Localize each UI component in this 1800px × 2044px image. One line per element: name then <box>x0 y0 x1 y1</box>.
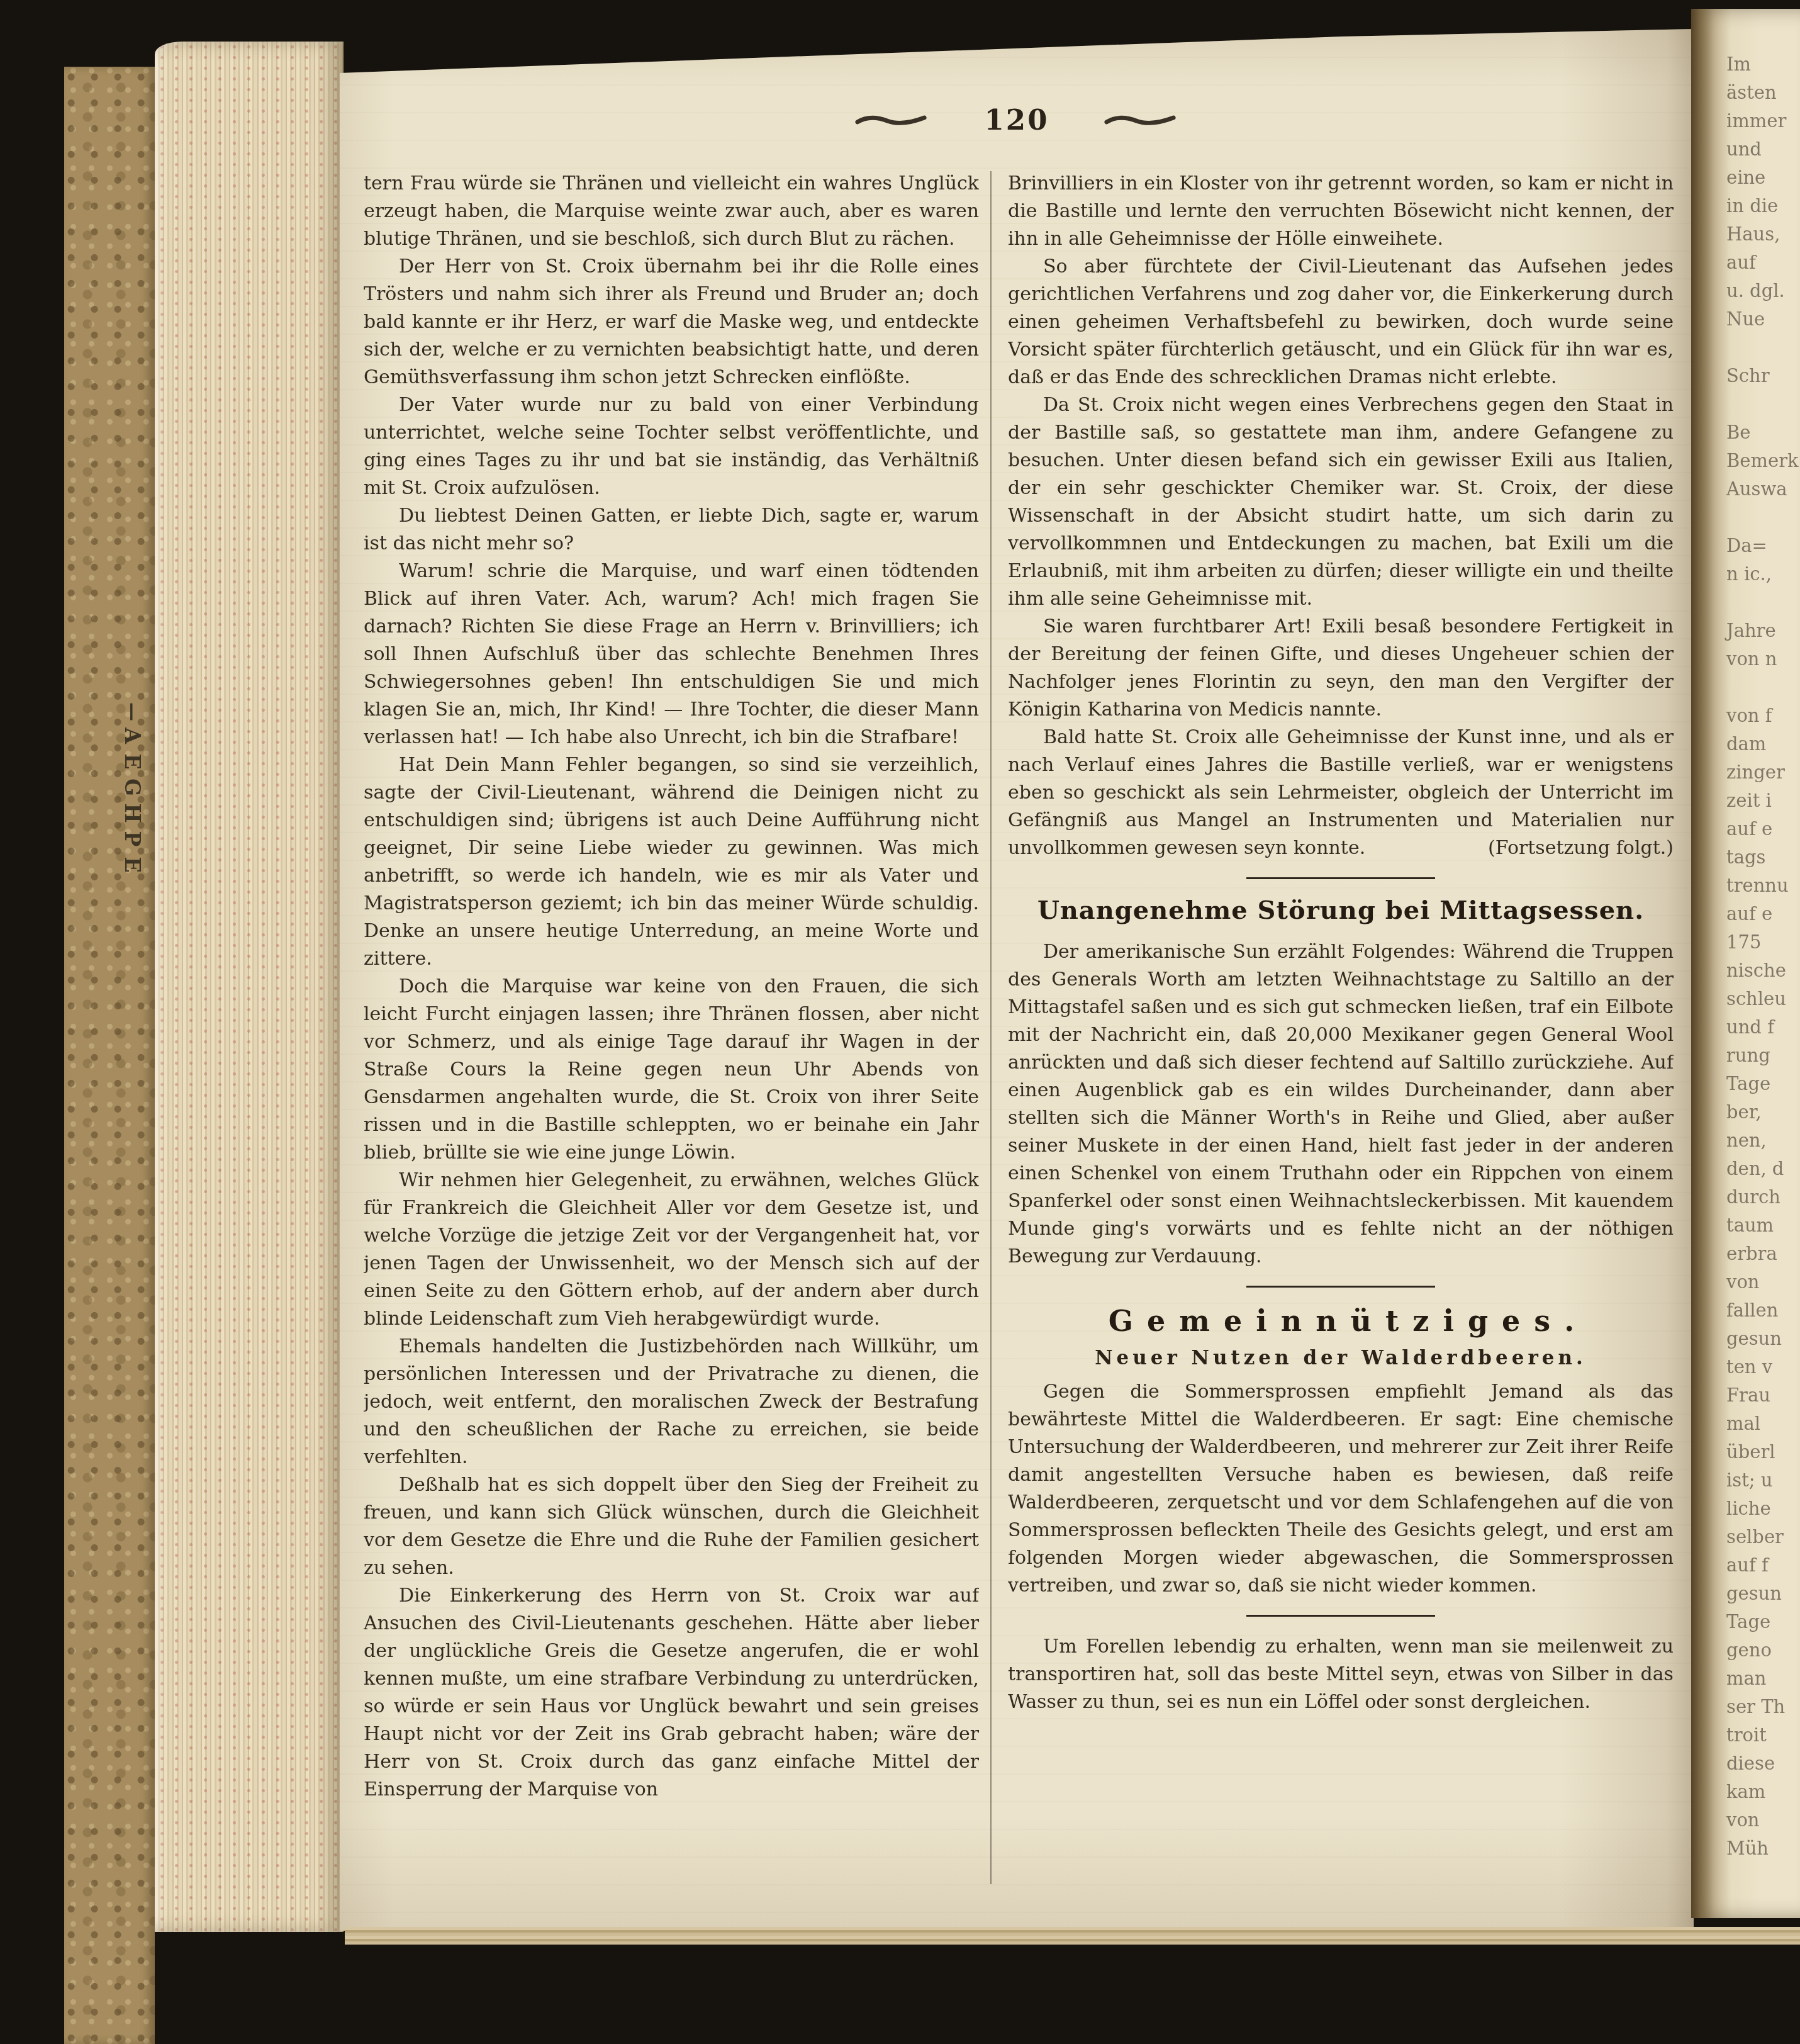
fragment-line: man <box>1726 1665 1800 1693</box>
fragment-line: Im <box>1726 50 1800 79</box>
fore-edge-letters-list: AEGHPE <box>122 724 142 876</box>
fragment-line: und f <box>1726 1013 1800 1042</box>
section-divider <box>1246 1286 1435 1288</box>
fragment-line <box>1726 673 1800 702</box>
fragment-line: von <box>1726 1268 1800 1296</box>
fore-edge-letter: H <box>121 803 143 823</box>
fragment-line: Jahre <box>1726 617 1800 645</box>
left-column: tern Frau würde sie Thränen und vielleic… <box>364 170 979 1913</box>
fore-edge-mark: — <box>123 702 142 721</box>
paragraph: Hat Dein Mann Fehler begangen, so sind s… <box>364 751 979 973</box>
fragment-line: in die <box>1726 192 1800 220</box>
fore-edge-letter: E <box>121 753 143 769</box>
section1-paragraphs: Der amerikanische Sun erzählt Folgendes:… <box>1008 938 1674 1271</box>
fragment-line: ist; u <box>1726 1466 1800 1495</box>
continuation-note: (Fortsetzung folgt.) <box>1440 834 1674 862</box>
paragraph: Die Einkerkerung des Herrn von St. Croix… <box>364 1582 979 1804</box>
fore-edge-letter: G <box>121 778 143 796</box>
left-column-paragraphs: tern Frau würde sie Thränen und vielleic… <box>364 170 979 1804</box>
page-bottom-edge <box>345 1927 1800 1945</box>
paragraph: tern Frau würde sie Thränen und vielleic… <box>364 170 979 253</box>
fore-edge-lettering: — AEGHPE <box>117 702 147 876</box>
right-column-part1: Brinvilliers in ein Kloster von ihr getr… <box>1008 170 1674 862</box>
fragment-line: Nue <box>1726 305 1800 334</box>
paragraph: Um Forellen lebendig zu erhalten, wenn m… <box>1008 1633 1674 1716</box>
fragment-line: erbra <box>1726 1240 1800 1268</box>
paragraph: Der Vater wurde nur zu bald von einer Ve… <box>364 391 979 502</box>
page-header: 120 <box>340 103 1694 137</box>
fragment-line: Frau <box>1726 1381 1800 1410</box>
fragment-line: ser Th <box>1726 1693 1800 1721</box>
fragment-line: gesun <box>1726 1580 1800 1608</box>
fragment-line: Bemerk <box>1726 447 1800 475</box>
fragment-line: rung <box>1726 1042 1800 1070</box>
fragment-line: auf <box>1726 249 1800 277</box>
fragment-line: gesun <box>1726 1325 1800 1353</box>
fragment-line: geno <box>1726 1636 1800 1665</box>
fragment-line: mal <box>1726 1410 1800 1438</box>
paragraph: Brinvilliers in ein Kloster von ihr getr… <box>1008 170 1674 253</box>
paragraph: Sie waren furchtbarer Art! Exili besaß b… <box>1008 613 1674 724</box>
fragment-line: immer <box>1726 107 1800 135</box>
ornament-dash-icon <box>855 113 929 127</box>
fragment-line: diese <box>1726 1749 1800 1778</box>
paragraph: Warum! schrie die Marquise, und warf ein… <box>364 558 979 751</box>
page-fore-edge <box>155 42 344 1932</box>
fragment-line: und <box>1726 135 1800 164</box>
section-title-mittagsessen: Unangenehme Störung bei Mittagsessen. <box>1008 896 1674 926</box>
paragraph: Du liebtest Deinen Gatten, er liebte Dic… <box>364 502 979 558</box>
fragment-line: ber, <box>1726 1098 1800 1126</box>
paragraph: Ehemals handelten die Justizbehörden nac… <box>364 1333 979 1471</box>
fragment-line: n ic., <box>1726 560 1800 588</box>
fragment-line: trennu <box>1726 872 1800 900</box>
fragment-line: von <box>1726 1806 1800 1834</box>
column-divider <box>990 171 992 1884</box>
section2-paragraphs: Gegen die Sommersprossen empfiehlt Jeman… <box>1008 1378 1674 1600</box>
fragment-line: Schr <box>1726 362 1800 390</box>
fragment-line: ästen <box>1726 79 1800 107</box>
fragment-line: u. dgl. <box>1726 277 1800 305</box>
fragment-line: Auswa <box>1726 475 1800 503</box>
fragment-line <box>1726 588 1800 617</box>
fragment-line: von n <box>1726 645 1800 673</box>
fragment-line: taum <box>1726 1211 1800 1240</box>
fragment-line: auf f <box>1726 1551 1800 1580</box>
fragment-line: nische <box>1726 957 1800 985</box>
fragment-line: durch <box>1726 1183 1800 1211</box>
fragment-line: überl <box>1726 1438 1800 1466</box>
paragraph: Der amerikanische Sun erzählt Folgendes:… <box>1008 938 1674 1271</box>
page-number: 120 <box>985 103 1049 137</box>
section-title-gemeinnuetziges: Gemeinnütziges. <box>1008 1304 1674 1338</box>
fragment-line: 175 <box>1726 928 1800 957</box>
fragment-line: selber <box>1726 1523 1800 1551</box>
section-divider <box>1246 877 1435 879</box>
fragment-line: Tage <box>1726 1070 1800 1098</box>
right-column: Brinvilliers in ein Kloster von ihr getr… <box>1008 170 1674 1919</box>
paragraph: Wir nehmen hier Gelegenheit, zu erwähnen… <box>364 1167 979 1333</box>
fore-edge-letter: E <box>121 856 143 872</box>
fragment-line <box>1726 334 1800 362</box>
next-page-fragments: Imästenimmerundeinein dieHaus,aufu. dgl.… <box>1726 50 1800 1863</box>
fragment-line: Da= <box>1726 532 1800 560</box>
paragraph: So aber fürchtete der Civil-Lieutenant d… <box>1008 253 1674 391</box>
fragment-line <box>1726 503 1800 532</box>
fragment-line: zinger <box>1726 758 1800 787</box>
fragment-line: zeit i <box>1726 787 1800 815</box>
fragment-line <box>1726 390 1800 418</box>
paragraph: Der Herr von St. Croix übernahm bei ihr … <box>364 253 979 391</box>
fragment-line: Haus, <box>1726 220 1800 249</box>
fragment-line: schleu <box>1726 985 1800 1013</box>
paragraph: Da St. Croix nicht wegen eines Verbreche… <box>1008 391 1674 613</box>
fore-edge-letter: A <box>121 727 143 744</box>
fragment-line: von f <box>1726 702 1800 730</box>
fragment-line: tags <box>1726 843 1800 872</box>
paragraph: Gegen die Sommersprossen empfiehlt Jeman… <box>1008 1378 1674 1600</box>
fragment-line: Tage <box>1726 1608 1800 1636</box>
paragraph: Bald hatte St. Croix alle Geheimnisse de… <box>1008 724 1674 862</box>
paragraph: Deßhalb hat es sich doppelt über den Sie… <box>364 1471 979 1582</box>
fore-edge-letter: P <box>121 831 143 847</box>
fragment-line: nen, <box>1726 1126 1800 1155</box>
fragment-line: auf e <box>1726 900 1800 928</box>
book-cover-edge <box>64 67 155 2044</box>
fragment-line: liche <box>1726 1495 1800 1523</box>
ornament-dash-icon <box>1104 113 1178 127</box>
section-divider <box>1246 1615 1435 1617</box>
fragment-line: den, d <box>1726 1155 1800 1183</box>
fragment-line: Be <box>1726 418 1800 447</box>
fragment-line: dam <box>1726 730 1800 758</box>
fragment-line: eine <box>1726 164 1800 192</box>
next-page-sliver: Imästenimmerundeinein dieHaus,aufu. dgl.… <box>1691 9 1800 1918</box>
fragment-line: kam <box>1726 1778 1800 1806</box>
fragment-line: auf e <box>1726 815 1800 843</box>
fragment-line: fallen <box>1726 1296 1800 1325</box>
section-subtitle-walderdbeeren: Neuer Nutzen der Walderdbeeren. <box>1008 1345 1674 1371</box>
fragment-line: ten v <box>1726 1353 1800 1381</box>
section3-paragraphs: Um Forellen lebendig zu erhalten, wenn m… <box>1008 1633 1674 1716</box>
fragment-line: Müh <box>1726 1834 1800 1863</box>
paragraph: Doch die Marquise war keine von den Frau… <box>364 973 979 1167</box>
book-page: 120 tern Frau würde sie Thränen und viel… <box>340 29 1694 1931</box>
fragment-line: troit <box>1726 1721 1800 1749</box>
